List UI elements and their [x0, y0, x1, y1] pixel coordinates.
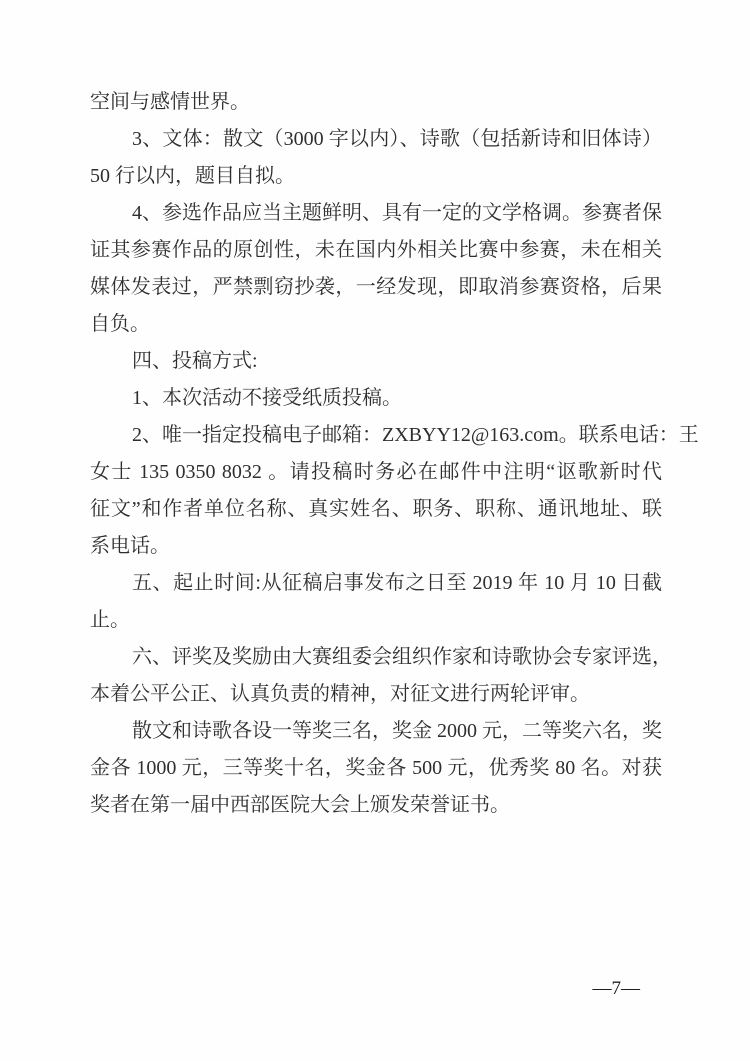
text-line: 女士 135 0350 8032 。请投稿时务必在邮件中注明“讴歌新时代	[90, 454, 662, 491]
text-line: 自负。	[90, 306, 662, 343]
text-line: 止。	[90, 602, 662, 639]
document-page: 空间与感情世界。 3、文体：散文（3000 字以内）、诗歌（包括新诗和旧体诗） …	[0, 0, 750, 1061]
text-line: 证其参赛作品的原创性，未在国内外相关比赛中参赛，未在相关	[90, 232, 662, 269]
text-line: 2、唯一指定投稿电子邮箱：ZXBYY12@163.com。联系电话：王	[90, 417, 662, 454]
page-number: —7—	[0, 978, 640, 1000]
text-line: 系电话。	[90, 528, 662, 565]
text-line: 本着公平公正、认真负责的精神，对征文进行两轮评审。	[90, 676, 662, 713]
text-line: 四、投稿方式:	[90, 343, 662, 380]
text-line: 征文”和作者单位名称、真实姓名、职务、职称、通讯地址、联	[90, 491, 662, 528]
text-line: 50 行以内，题目自拟。	[90, 158, 662, 195]
document-body: 空间与感情世界。 3、文体：散文（3000 字以内）、诗歌（包括新诗和旧体诗） …	[90, 84, 662, 824]
text-line: 五、起止时间:从征稿启事发布之日至 2019 年 10 月 10 日截	[90, 565, 662, 602]
text-line: 媒体发表过，严禁剽窃抄袭，一经发现，即取消参赛资格，后果	[90, 269, 662, 306]
text-line: 奖者在第一届中西部医院大会上颁发荣誉证书。	[90, 787, 662, 824]
text-line: 3、文体：散文（3000 字以内）、诗歌（包括新诗和旧体诗）	[90, 121, 662, 158]
text-line: 金各 1000 元，三等奖十名，奖金各 500 元，优秀奖 80 名。对获	[90, 750, 662, 787]
text-line: 4、参选作品应当主题鲜明、具有一定的文学格调。参赛者保	[90, 195, 662, 232]
text-line: 六、评奖及奖励由大赛组委会组织作家和诗歌协会专家评选，	[90, 639, 662, 676]
text-line: 散文和诗歌各设一等奖三名，奖金 2000 元，二等奖六名，奖	[90, 713, 662, 750]
text-line: 空间与感情世界。	[90, 84, 662, 121]
text-line: 1、本次活动不接受纸质投稿。	[90, 380, 662, 417]
